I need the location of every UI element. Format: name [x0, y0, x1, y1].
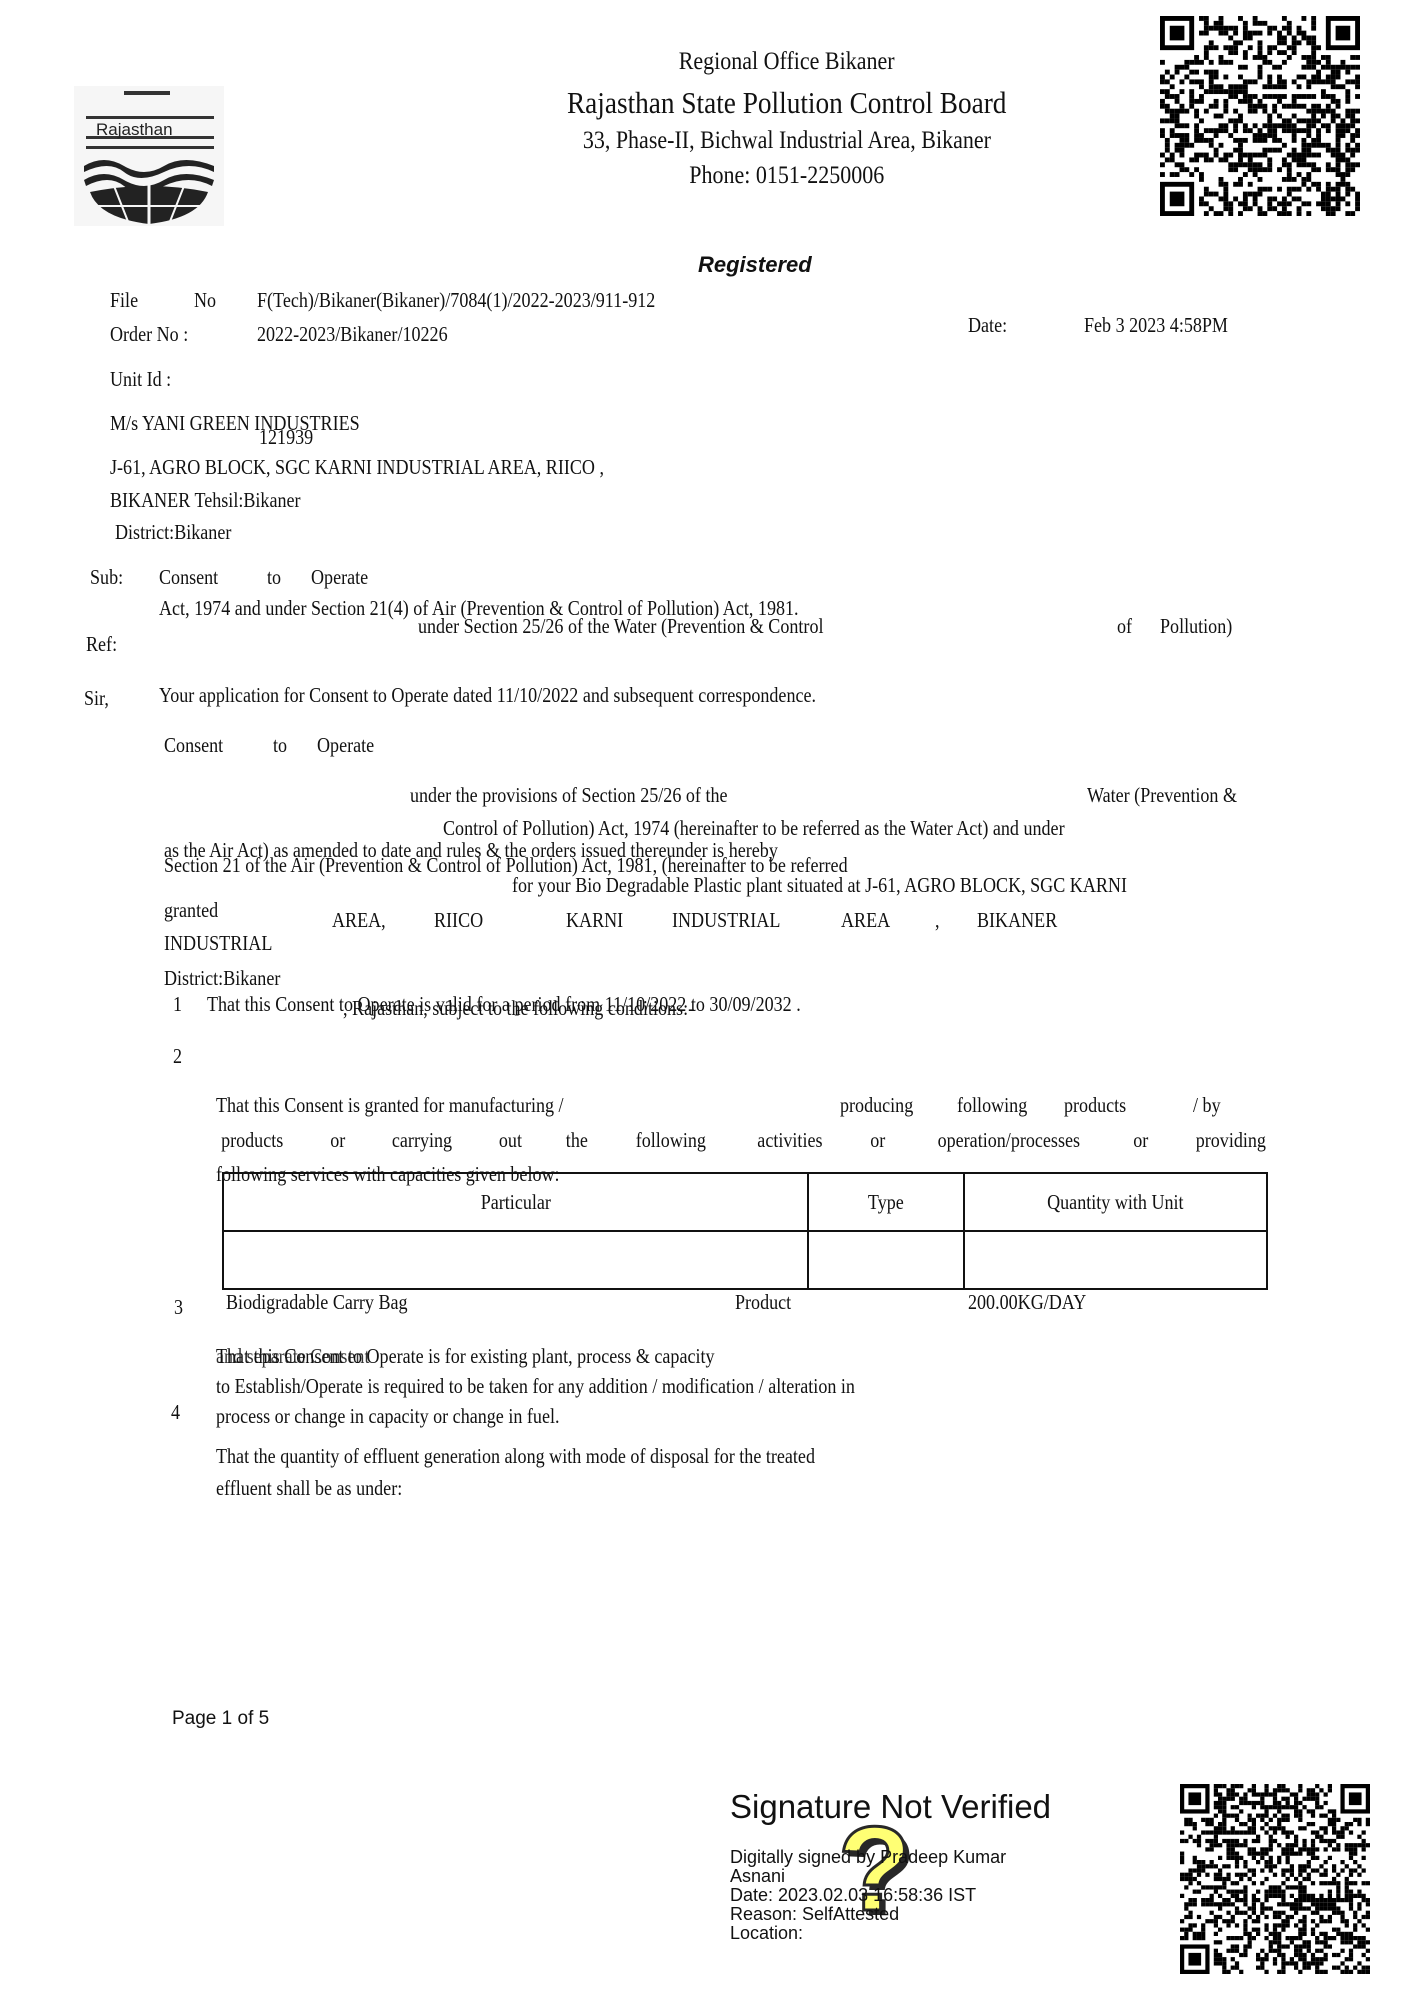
- condition-2-word: the: [566, 1128, 588, 1156]
- condition-2-word: or: [870, 1128, 885, 1156]
- area-word: KARNI: [566, 908, 623, 933]
- sir-label: Sir,: [84, 686, 109, 711]
- sub-of: of: [1117, 614, 1132, 639]
- consent-word: Operate: [317, 733, 374, 758]
- condition-2-line2: productsorcarryingoutthefollowingactivit…: [216, 1128, 1272, 1156]
- condition-2-line1: That this Consent is granted for manufac…: [216, 1093, 564, 1118]
- body-district: District:Bikaner: [164, 966, 280, 991]
- page-number: Page 1 of 5: [172, 1708, 269, 1730]
- table-empty-row: [223, 1231, 1267, 1289]
- condition-4-line1: That the quantity of effluent generation…: [216, 1444, 815, 1469]
- water-prevention: Water (Prevention &: [1087, 783, 1237, 808]
- addressee-district: District:Bikaner: [115, 520, 231, 545]
- condition-3-overlay-b: and separate Consent: [216, 1344, 369, 1369]
- ref-label: Ref:: [86, 632, 117, 657]
- area-word: BIKANER: [977, 908, 1057, 933]
- table-header-row: Particular Type Quantity with Unit: [223, 1173, 1267, 1231]
- signature-reason: Reason: SelfAttested: [730, 1904, 899, 1925]
- condition-2-word: or: [330, 1128, 345, 1156]
- date-value: Feb 3 2023 4:58PM: [1084, 313, 1228, 338]
- header-particular: Particular: [223, 1173, 808, 1231]
- condition-2-word: activities: [758, 1128, 823, 1156]
- addressee-line1: J-61, AGRO BLOCK, SGC KARNI INDUSTRIAL A…: [110, 455, 604, 480]
- sub-word: Consent: [159, 565, 218, 590]
- table-cell: [223, 1231, 808, 1289]
- condition-2-word: products: [221, 1128, 283, 1156]
- condition-2-word: following: [636, 1128, 706, 1156]
- table-cell: [808, 1231, 965, 1289]
- condition-number: 1: [173, 992, 182, 1017]
- unit-id-value: 121939: [259, 425, 313, 450]
- condition-2-word: / by: [1193, 1093, 1221, 1118]
- product-quantity: 200.00KG/DAY: [968, 1290, 1086, 1315]
- area-word: RIICO: [434, 908, 483, 933]
- condition-number: 3: [174, 1295, 183, 1320]
- sub-label: Sub:: [90, 565, 123, 590]
- file-no-label: No: [194, 288, 216, 313]
- date-label: Date:: [968, 313, 1007, 338]
- table-cell: [964, 1231, 1267, 1289]
- order-label: Order No :: [110, 322, 188, 347]
- signature-signed-by-2: Asnani: [730, 1866, 785, 1887]
- condition-2-word: following: [957, 1093, 1027, 1118]
- condition-2-word: carrying: [392, 1128, 452, 1156]
- condition-3-line2: to Establish/Operate is required to be t…: [216, 1374, 855, 1399]
- addressee-line2: BIKANER Tehsil:Bikaner: [110, 488, 301, 513]
- signature-signed-by: Digitally signed by Pradeep Kumar: [730, 1847, 1006, 1868]
- sub-word: Operate: [311, 565, 368, 590]
- condition-1-overlay: , Rajasthan, subject to the following co…: [343, 996, 694, 1021]
- sub-water-line: under Section 25/26 of the Water (Preven…: [418, 614, 823, 639]
- product-type: Product: [735, 1290, 791, 1315]
- file-label: File: [110, 288, 138, 313]
- area-word: INDUSTRIAL: [672, 908, 780, 933]
- product-table: Particular Type Quantity with Unit: [222, 1172, 1268, 1290]
- product-particular: Biodigradable Carry Bag: [226, 1290, 408, 1315]
- qr-code-bottom: [1180, 1784, 1370, 1974]
- condition-2-word: providing: [1196, 1128, 1266, 1156]
- plant-line: for your Bio Degradable Plastic plant si…: [512, 873, 1127, 898]
- consent-word: to: [273, 733, 287, 758]
- industrial-word: INDUSTRIAL: [164, 931, 272, 956]
- condition-2-word: products: [1064, 1093, 1126, 1118]
- area-word: AREA: [841, 908, 890, 933]
- condition-2-word: or: [1134, 1128, 1149, 1156]
- area-word: AREA,: [332, 908, 386, 933]
- qr-code-top: [1160, 16, 1360, 216]
- signature-date: Date: 2023.02.03 16:58:36 IST: [730, 1885, 976, 1906]
- granted-word: granted: [164, 898, 218, 923]
- signature-location: Location:: [730, 1923, 803, 1944]
- condition-number: 4: [171, 1400, 180, 1425]
- condition-2-word: operation/processes: [938, 1128, 1080, 1156]
- order-number: 2022-2023/Bikaner/10226: [257, 322, 448, 347]
- header-quantity: Quantity with Unit: [964, 1173, 1267, 1231]
- condition-4-line2: effluent shall be as under:: [216, 1476, 402, 1501]
- condition-2-word: out: [499, 1128, 522, 1156]
- sub-word: to: [267, 565, 281, 590]
- unit-id-label: Unit Id :: [110, 367, 171, 392]
- registered-label: Registered: [698, 252, 812, 278]
- provisions-text: under the provisions of Section 25/26 of…: [410, 783, 728, 808]
- area-word: ,: [935, 908, 940, 933]
- consent-word: Consent: [164, 733, 223, 758]
- condition-3-line3: process or change in capacity or change …: [216, 1404, 560, 1429]
- condition-2-word: producing: [840, 1093, 913, 1118]
- addressee-name: M/s YANI GREEN INDUSTRIES: [110, 411, 360, 436]
- application-line: Your application for Consent to Operate …: [159, 683, 816, 708]
- file-number: F(Tech)/Bikaner(Bikaner)/7084(1)/2022-20…: [257, 288, 655, 313]
- sub-pollution: Pollution): [1160, 614, 1232, 639]
- condition-number: 2: [173, 1044, 182, 1069]
- header-type: Type: [808, 1173, 965, 1231]
